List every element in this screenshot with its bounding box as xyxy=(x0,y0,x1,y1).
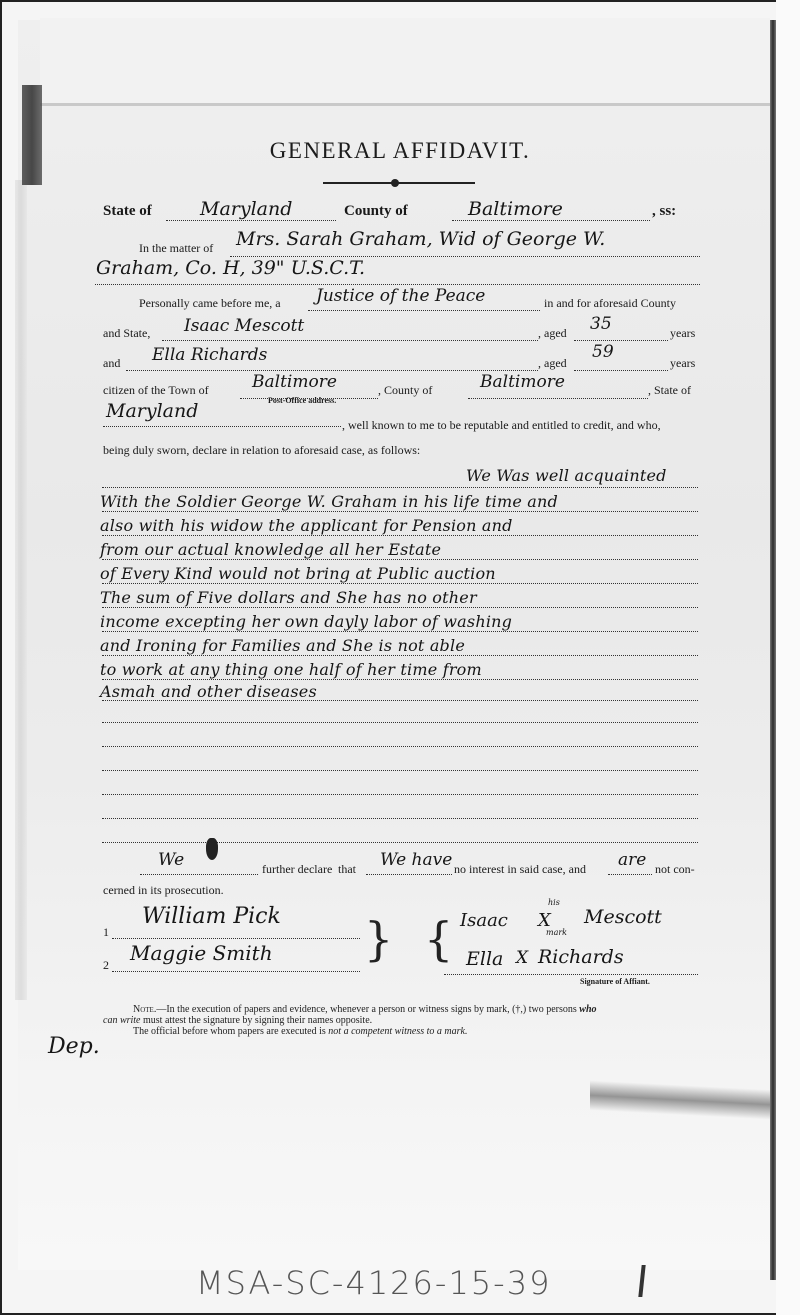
and-label: and xyxy=(103,356,120,371)
statement-rule xyxy=(102,794,698,795)
statement-line: from our actual knowledge all her Estate xyxy=(100,540,441,559)
affiant1-age: 35 xyxy=(590,314,612,334)
citizen-label: citizen of the Town of xyxy=(103,383,209,398)
affiant1-sig-last: Mescott xyxy=(584,906,662,928)
witness2-signature: Maggie Smith xyxy=(130,941,273,965)
years-label-2: years xyxy=(670,356,695,371)
affiant2-name: Ella Richards xyxy=(152,345,267,365)
that-value: We have xyxy=(380,850,452,870)
right-brace: { xyxy=(364,912,393,966)
aged-label-1: , aged xyxy=(538,326,567,341)
county2-label: , County of xyxy=(378,383,432,398)
matter-value-line2: Graham, Co. H, 39" U.S.C.T. xyxy=(96,257,365,279)
statement-rule xyxy=(102,631,698,632)
ornament-knot-icon xyxy=(391,179,399,187)
note-line-1: Note.—In the execution of papers and evi… xyxy=(133,1004,597,1015)
statement-rule xyxy=(102,559,698,560)
further-label: further declare xyxy=(262,862,332,877)
affiant2-sig-first: Ella xyxy=(466,948,503,970)
county-label: County of xyxy=(344,203,408,220)
personally-label: Personally came before me, a xyxy=(139,296,281,311)
statement-line: The sum of Five dollars and She has no o… xyxy=(100,588,477,607)
state-value: Maryland xyxy=(200,198,292,220)
witness1-signature: William Pick xyxy=(142,904,281,929)
archive-id: MSA-SC-4126-15-39 xyxy=(196,1264,551,1302)
no-interest-label: no interest in said case, and xyxy=(454,862,586,877)
statement-line: of Every Kind would not bring at Public … xyxy=(100,564,496,583)
statement-rule xyxy=(102,583,698,584)
note-text-3: The official before whom papers are exec… xyxy=(133,1026,328,1037)
officer-value: Justice of the Peace xyxy=(316,286,485,306)
statement-line: We Was well acquainted xyxy=(466,466,667,485)
statement-rule xyxy=(102,487,698,488)
note-prefix: Note. xyxy=(133,1004,156,1015)
county-value: Baltimore xyxy=(468,198,563,220)
statement-rule xyxy=(102,842,698,843)
statement-line: Asmah and other diseases xyxy=(100,682,317,701)
affiant1-name: Isaac Mescott xyxy=(184,316,304,336)
age1-field-line xyxy=(574,324,668,341)
top-paper-strip xyxy=(40,18,770,106)
statement-rule xyxy=(102,679,698,680)
matter-value-line1: Mrs. Sarah Graham, Wid of George W. xyxy=(236,228,605,250)
statement-line: also with his widow the applicant for Pe… xyxy=(100,516,513,535)
affiant2-sig-last: Richards xyxy=(538,946,624,968)
statement-line: to work at any thing one half of her tim… xyxy=(100,660,482,679)
statement-rule xyxy=(102,746,698,747)
years-label-1: years xyxy=(670,326,695,341)
state-of-label: , State of xyxy=(648,383,691,398)
post-office-label: Post-Office address. xyxy=(268,396,336,405)
statement-rule xyxy=(102,535,698,536)
note-line-3: The official before whom papers are exec… xyxy=(133,1026,467,1037)
note-text-3-italic: not a competent witness to a mark. xyxy=(328,1026,467,1037)
statement-line: With the Soldier George W. Graham in his… xyxy=(100,492,558,511)
statement-rule xyxy=(102,722,698,723)
affiant1-his-label: his xyxy=(548,898,560,907)
affiant2-mark: X xyxy=(516,948,528,968)
are-value: are xyxy=(618,850,646,870)
further-value: We xyxy=(158,850,184,870)
statement-rule xyxy=(102,818,698,819)
right-margin xyxy=(776,0,800,1315)
left-binding-mark xyxy=(22,85,42,185)
statement-rule xyxy=(102,607,698,608)
in-and-for-label: in and for aforesaid County xyxy=(544,296,676,311)
sworn-label: being duly sworn, declare in relation to… xyxy=(103,443,420,458)
and-state-label: and State, xyxy=(103,326,150,341)
not-con-label: not con- xyxy=(655,862,695,877)
county2-value: Baltimore xyxy=(480,372,565,392)
margin-note: Dep. xyxy=(48,1034,100,1059)
statement-rule xyxy=(102,655,698,656)
statement-line: income excepting her own dayly labor of … xyxy=(100,612,512,631)
statement-line: and Ironing for Families and She is not … xyxy=(100,636,465,655)
matter-label: In the matter of xyxy=(139,241,213,256)
note-can-write: can write xyxy=(103,1015,141,1026)
town-value: Baltimore xyxy=(252,372,337,392)
document-title: GENERAL AFFIDAVIT. xyxy=(0,138,800,164)
cerned-label: cerned in its prosecution. xyxy=(103,883,224,898)
witness-number-2: 2 xyxy=(103,958,109,973)
well-known-label: , well known to me to be reputable and e… xyxy=(342,418,661,433)
note-text-1: —In the execution of papers and evidence… xyxy=(156,1004,576,1015)
affiant1-mark-label: mark xyxy=(546,928,567,937)
affiant2-age: 59 xyxy=(592,342,614,362)
witness-number-1: 1 xyxy=(103,925,109,940)
age2-field-line xyxy=(574,354,668,371)
affiant1-sig-first: Isaac xyxy=(460,910,508,931)
note-line-2: can write must attest the signature by s… xyxy=(103,1015,372,1026)
title-ornament-rule xyxy=(323,182,475,184)
left-fold-shadow xyxy=(15,180,27,1000)
statement-rule xyxy=(102,511,698,512)
that-label: that xyxy=(338,862,356,877)
state2-value: Maryland xyxy=(106,400,198,422)
note-text-2: must attest the signature by signing the… xyxy=(141,1015,373,1026)
note-who: who xyxy=(579,1004,596,1015)
ink-blot xyxy=(206,838,218,860)
signature-of-affiant-label: Signature of Affiant. xyxy=(580,977,650,986)
aged-label-2: , aged xyxy=(538,356,567,371)
state-label: State of xyxy=(103,203,152,220)
statement-rule xyxy=(102,770,698,771)
ss-label: , ss: xyxy=(652,203,676,220)
